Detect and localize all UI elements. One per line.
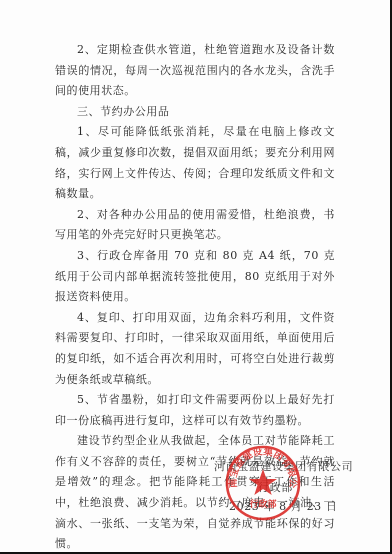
- section-heading-office-supplies: 三、节约办公用品: [55, 102, 335, 123]
- paragraph-water-pipe-check: 2、定期检查供水管道，杜绝管道跑水及设备计数错误的情况，每周一次巡视范围内的各水…: [55, 40, 335, 102]
- stamp-inner-text: 行政部: [249, 498, 276, 510]
- document-page: 2、定期检查供水管道，杜绝管道跑水及设备计数错误的情况，每周一次巡视范围内的各水…: [0, 0, 392, 554]
- paragraph-supplies-care: 2、对各种办公用品的使用需爱惜，杜绝浪费，书写用笔的外壳完好时只更换笔芯。: [55, 205, 335, 246]
- paragraph-paper-reduction: 1、尽可能降低纸张消耗，尽量在电脑上修改文稿，减少重复修印次数，提倡双面用纸；要…: [55, 122, 335, 204]
- stamp-star-icon: [249, 469, 277, 495]
- paragraph-toner-saving: 5、节省墨粉，如打印文件需要两份以上最好先打印一份底稿再进行复印，这样可以有效节…: [55, 390, 335, 431]
- official-seal-icon: 河南宝盈建设集团有限公司 行政部: [225, 445, 301, 521]
- paragraph-duplex-printing: 4、复印、打印用双面，边角余料巧利用，文件资料需要复印、打印时，一律采取双面用纸…: [55, 308, 335, 390]
- paragraph-a4-paper: 3、行政仓库备用 70 克和 80 克 A4 纸，70 克纸用于公司内部单据流转…: [55, 246, 335, 308]
